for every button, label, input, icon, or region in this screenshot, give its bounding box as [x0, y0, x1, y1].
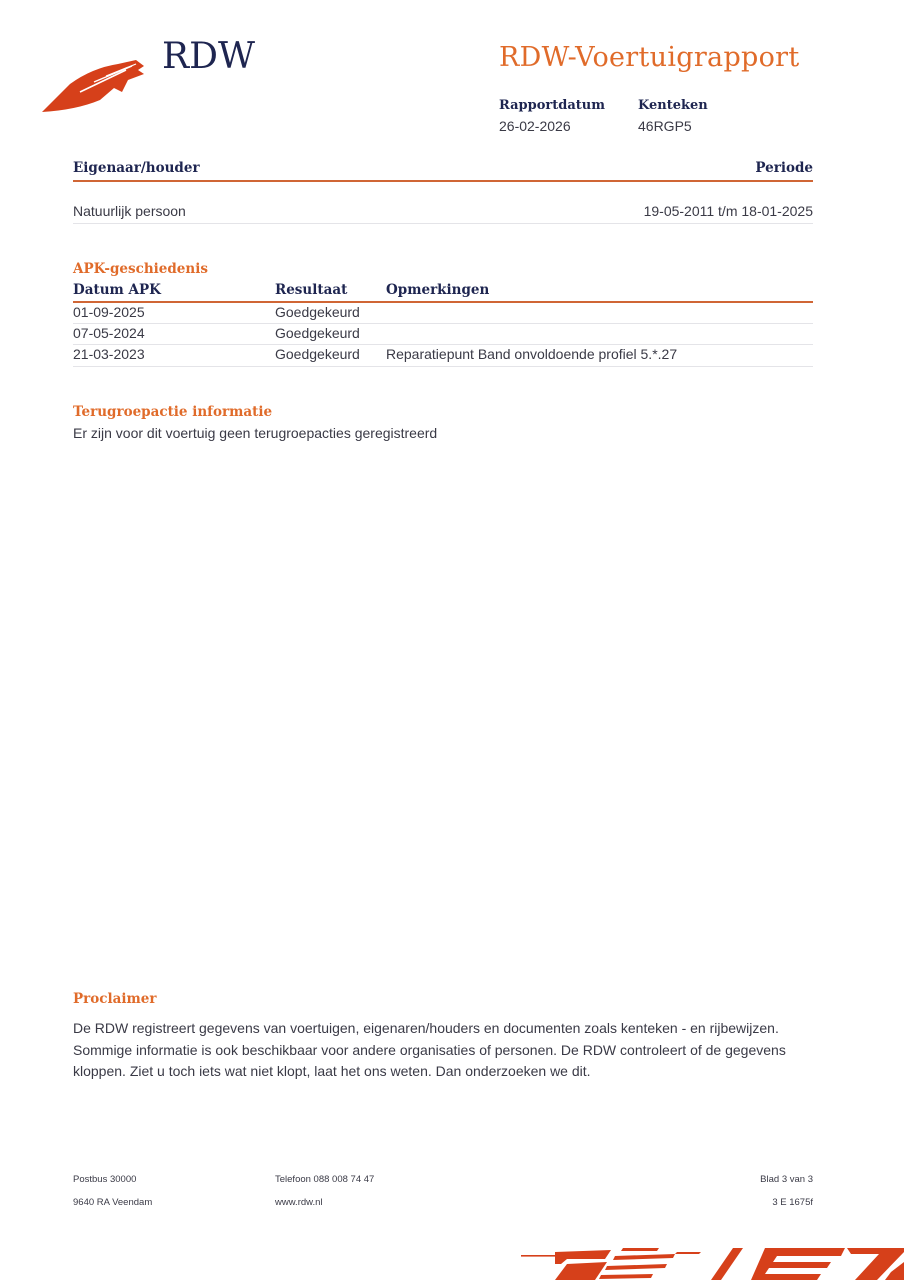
- apk-date: 07-05-2024: [73, 325, 145, 341]
- apk-result: Goedgekeurd: [275, 325, 360, 341]
- footer-city: 9640 RA Veendam: [73, 1197, 152, 1208]
- footer-phone: Telefoon 088 008 74 47: [275, 1174, 374, 1185]
- apk-column-remarks: Opmerkingen: [386, 282, 489, 298]
- proclaimer-line: De RDW registreert gegevens van voertuig…: [73, 1018, 813, 1040]
- owner-header-rule: [73, 180, 813, 182]
- report-title: RDW-Voertuigrapport: [499, 42, 800, 73]
- owner-row-divider: [73, 223, 813, 224]
- apk-column-date: Datum APK: [73, 282, 161, 298]
- recall-status-text: Er zijn voor dit voertuig geen terugroep…: [73, 425, 437, 441]
- footer-page-number: Blad 3 van 3: [760, 1174, 813, 1185]
- apk-header-rule: [73, 301, 813, 303]
- owner-column-header: Eigenaar/houder: [73, 160, 200, 176]
- proclaimer-text: De RDW registreert gegevens van voertuig…: [73, 1018, 813, 1083]
- apk-section-title: APK-geschiedenis: [73, 261, 208, 277]
- row-divider: [73, 366, 813, 367]
- report-date-label: Rapportdatum: [499, 98, 605, 113]
- apk-result: Goedgekeurd: [275, 346, 360, 362]
- apk-column-result: Resultaat: [275, 282, 347, 298]
- recall-section-title: Terugroepactie informatie: [73, 404, 272, 420]
- apk-date: 21-03-2023: [73, 346, 145, 362]
- owner-type: Natuurlijk persoon: [73, 203, 186, 219]
- report-date-value: 26-02-2026: [499, 118, 571, 134]
- rdw-logo-text: RDW: [162, 36, 255, 77]
- footer-document-code: 3 E 1675f: [772, 1197, 813, 1208]
- plate-label: Kenteken: [638, 98, 708, 113]
- rdw-feather-logo-icon: [40, 58, 150, 114]
- row-divider: [73, 323, 813, 324]
- decorative-stripes-icon: [515, 1242, 904, 1280]
- footer-postbus: Postbus 30000: [73, 1174, 136, 1185]
- apk-date: 01-09-2025: [73, 304, 145, 320]
- owner-period: 19-05-2011 t/m 18-01-2025: [644, 203, 813, 219]
- plate-value: 46RGP5: [638, 118, 692, 134]
- period-column-header: Periode: [755, 160, 813, 176]
- apk-result: Goedgekeurd: [275, 304, 360, 320]
- proclaimer-title: Proclaimer: [73, 991, 156, 1007]
- footer-website-link[interactable]: www.rdw.nl: [275, 1197, 323, 1208]
- proclaimer-line: kloppen. Ziet u toch iets wat niet klopt…: [73, 1061, 813, 1083]
- row-divider: [73, 344, 813, 345]
- apk-remarks: Reparatiepunt Band onvoldoende profiel 5…: [386, 346, 677, 362]
- proclaimer-line: Sommige informatie is ook beschikbaar vo…: [73, 1040, 813, 1062]
